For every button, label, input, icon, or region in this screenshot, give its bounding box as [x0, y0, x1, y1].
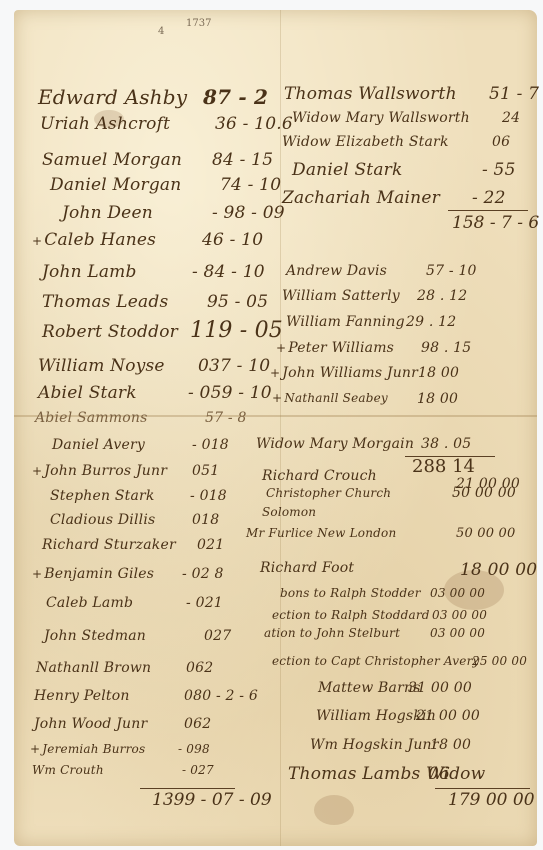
- ledger-entry: Abiel Stark- 059 - 10: [38, 383, 137, 403]
- ledger-entry: John Deen- 98 - 09: [62, 203, 153, 223]
- ledger-entry: Daniel Stark- 55: [292, 160, 403, 180]
- ledger-entry: Edward Ashby87 - 2: [38, 85, 187, 109]
- ledger-entry: John Lamb- 84 - 10: [42, 262, 137, 282]
- ledger-entry: Andrew Davis57 - 10: [286, 263, 387, 279]
- total-rule-left: [140, 788, 235, 789]
- ledger-entry: ection to Ralph Stoddard03 00 00: [272, 608, 430, 622]
- ledger-entry: Cladious Dillis018: [50, 512, 155, 528]
- ledger-entry: Richard Crouch: [262, 468, 377, 484]
- ledger-entry: Uriah Ashcroft36 - 10.6: [40, 114, 170, 134]
- right-subtotal-a: 158 - 7 - 6: [452, 213, 539, 233]
- ledger-entry: Thomas Wallsworth51 - 7 - 6: [284, 84, 457, 104]
- ledger-entry: Wm Hogskin Junr18 00: [310, 737, 439, 753]
- ledger-entry: Stephen Stark- 018: [50, 488, 155, 504]
- ledger-entry: Daniel Avery- 018: [52, 437, 145, 453]
- right-subtotal-b: 288 14: [412, 456, 475, 477]
- ledger-entry: +John Burros Junr051: [32, 463, 167, 479]
- ledger-entry: Richard Foot18 00 00: [260, 560, 354, 576]
- ledger-entry: +John Williams Junr18 00: [270, 365, 418, 381]
- ledger-entry: +Peter Williams98 . 15: [276, 340, 394, 356]
- ledger-entry: Widow Elizabeth Stark06: [282, 134, 449, 150]
- ledger-entry: Thomas Leads95 - 05: [42, 292, 168, 312]
- ledger-entry: Nathanll Brown062: [36, 660, 151, 676]
- ledger-entry: +Caleb Hanes46 - 10: [32, 230, 156, 250]
- ledger-entry: +Benjamin Giles- 02 8: [32, 566, 154, 582]
- ledger-entry: John Stedman027: [44, 628, 146, 644]
- ledger-entry-struck: Solomon50 00 00: [262, 505, 316, 519]
- ledger-entry-struck: Abiel Sammons57 - 8: [35, 410, 147, 426]
- total-rule-right: [435, 788, 530, 789]
- ledger-entry: ection to Capt Christopher Avery25 00 00: [272, 654, 480, 668]
- ledger-entry: Widow Mary Wallsworth24: [292, 110, 470, 126]
- ledger-entry: William Satterly28 . 12: [282, 288, 400, 304]
- ledger-entry: +Jeremiah Burros- 098: [30, 742, 145, 756]
- left-column-total: 1399 - 07 - 09: [152, 790, 272, 810]
- ledger-entry: Robert Stoddor119 - 05: [42, 322, 178, 342]
- ledger-entry: Widow Mary Morgain38 . 05: [256, 436, 414, 452]
- ledger-entry: Mr Furlice New London50 00 00: [246, 526, 396, 540]
- ledger-entry: William Hogskin21 00 00: [316, 708, 436, 724]
- subtotal-rule-a: [448, 210, 528, 211]
- ledger-entry: Richard Sturzaker021: [42, 537, 176, 553]
- ledger-entry: Samuel Morgan84 - 15: [42, 150, 182, 170]
- left-ledger-column: Edward Ashby87 - 2 Uriah Ashcroft36 - 10…: [30, 0, 270, 850]
- ledger-entry: Thomas Lambs Widow06: [288, 764, 485, 784]
- ledger-entry: ation to John Stelburt03 00 00: [264, 626, 400, 640]
- ledger-entry: Mattew Barns31 00 00: [318, 680, 421, 696]
- ledger-entry: bons to Ralph Stodder03 00 00: [280, 586, 421, 600]
- ledger-entry: William Fanning29 . 12: [286, 314, 405, 330]
- ledger-entry: Daniel Morgan74 - 10: [50, 175, 181, 195]
- ledger-entry: Christopher Church21 00 00: [266, 486, 391, 500]
- ledger-entry: William Noyse037 - 10: [38, 356, 165, 376]
- ledger-entry: Henry Pelton080 - 2 - 6: [34, 688, 130, 704]
- ledger-entry: +Nathanll Seabey18 00: [272, 391, 388, 405]
- ledger-entry: Zachariah Mainer- 22: [282, 188, 440, 208]
- torn-edge: [0, 65, 14, 105]
- ledger-entry: Caleb Lamb- 021: [46, 595, 133, 611]
- ledger-entry: John Wood Junr062: [34, 716, 147, 732]
- right-column-total: 179 00 00: [448, 790, 535, 810]
- ledger-entry: Wm Crouth- 027: [32, 763, 104, 777]
